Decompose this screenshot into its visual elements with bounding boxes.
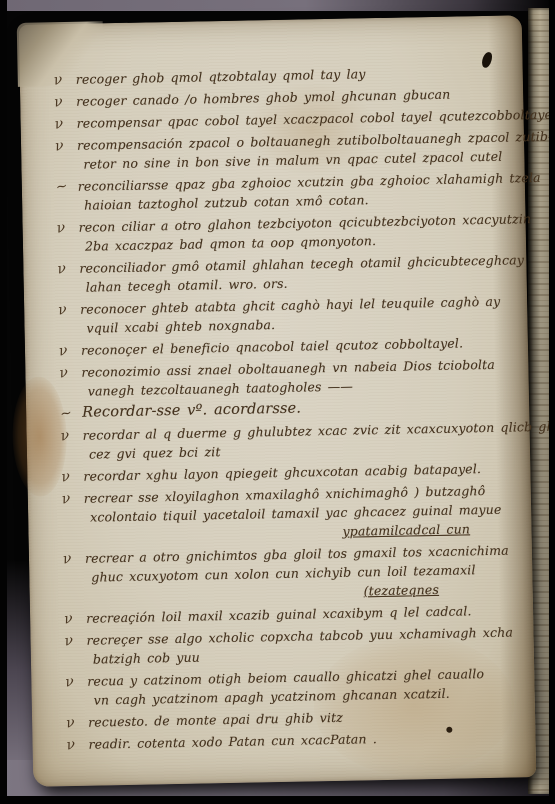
entry-check-icon: ν <box>57 298 82 320</box>
entry-lines: recon ciliar a otro glahon tezbciyoton q… <box>78 209 531 256</box>
frame-left <box>0 0 7 804</box>
entry-check-icon: ν <box>62 547 87 569</box>
mat-top <box>0 0 555 11</box>
dictionary-entry: ν reconocer ghteb atabta ghcit caghò hay… <box>58 291 517 338</box>
manuscript-page: ν recoger ghob qmol qtzobtalay qmol tay … <box>19 15 537 787</box>
dictionary-entry: ∼ reconciliarsse qpaz gba zghoioc xcutzi… <box>56 168 515 215</box>
entry-check-icon: ∼ <box>54 175 79 197</box>
entry-lines: reconciliarsse qpaz gba zghoioc xcutzin … <box>78 168 542 215</box>
dictionary-entry: ν reconciliador gmô otamil ghlahan teceg… <box>57 250 516 297</box>
frame-bottom <box>0 796 555 804</box>
entry-check-icon: ν <box>59 424 84 446</box>
entry-lines: reconozimio assi znael oboltauanegh vn n… <box>81 354 518 400</box>
entry-lines: recua y catzinom otigh beiom cauallo ghi… <box>87 663 524 709</box>
entry-lines: reconocer ghteb atabta ghcit caghò hayi … <box>80 291 517 337</box>
entry-check-icon: ∼ <box>59 402 84 424</box>
entry-check-icon: ν <box>56 257 81 279</box>
entry-check-icon: ν <box>60 465 85 487</box>
entry-check-icon: ν <box>60 487 85 509</box>
entry-line: ypatamilcadcal cun <box>336 518 520 541</box>
entry-lines: recompensación zpacol o boltauanegh zuti… <box>77 126 555 174</box>
entry-check-icon: ν <box>64 670 89 692</box>
entry-check-icon: ν <box>58 361 83 383</box>
entry-check-icon: ν <box>52 68 77 90</box>
entry-lines: recreçer sse algo xcholic copxcha tabcob… <box>86 622 523 668</box>
entries-text-block: ν recoger ghob qmol qtzobtalay qmol tay … <box>54 61 525 757</box>
entry-check-icon: ν <box>53 112 78 134</box>
entry-check-icon: ν <box>53 90 78 112</box>
entry-lines: recordar al q duerme g ghulubtez xcac zv… <box>82 416 555 463</box>
dictionary-entry: ν recon ciliar a otro glahon tezbciyoton… <box>56 209 515 256</box>
entry-lines: reconciliador gmô otamil ghlahan tecegh … <box>79 250 524 297</box>
dictionary-entry: ν recua y catzinom otigh beiom cauallo g… <box>65 663 524 710</box>
entry-check-icon: ν <box>63 629 88 651</box>
dictionary-entry: ν reconozimio assi znael oboltauanegh vn… <box>59 354 518 401</box>
entry-lines: recrear sse xloyilaghon xmaxilaghô xnich… <box>84 480 521 545</box>
entry-check-icon: ν <box>54 134 79 156</box>
entry-check-icon: ν <box>65 733 90 755</box>
entry-lines: recrear a otro gnichimtos gba gloil tos … <box>85 540 522 605</box>
dictionary-entry: ν recordar al q duerme g ghulubtez xcac … <box>60 417 519 464</box>
entry-check-icon: ν <box>58 339 83 361</box>
entry-check-icon: ν <box>63 607 88 629</box>
frame-right <box>549 0 555 804</box>
entry-line: (tezateqnes <box>357 578 521 600</box>
dictionary-entry: ν recrear sse xloyilaghon xmaxilaghô xni… <box>62 480 521 546</box>
dictionary-entry: ν recreçer sse algo xcholic copxcha tabc… <box>64 622 523 669</box>
entry-check-icon: ν <box>65 711 90 733</box>
entry-check-icon: ν <box>55 216 80 238</box>
dictionary-entry: ν recompensación zpacol o boltauanegh zu… <box>55 127 514 174</box>
dictionary-entry: ν recrear a otro gnichimtos gba gloil to… <box>63 540 522 606</box>
